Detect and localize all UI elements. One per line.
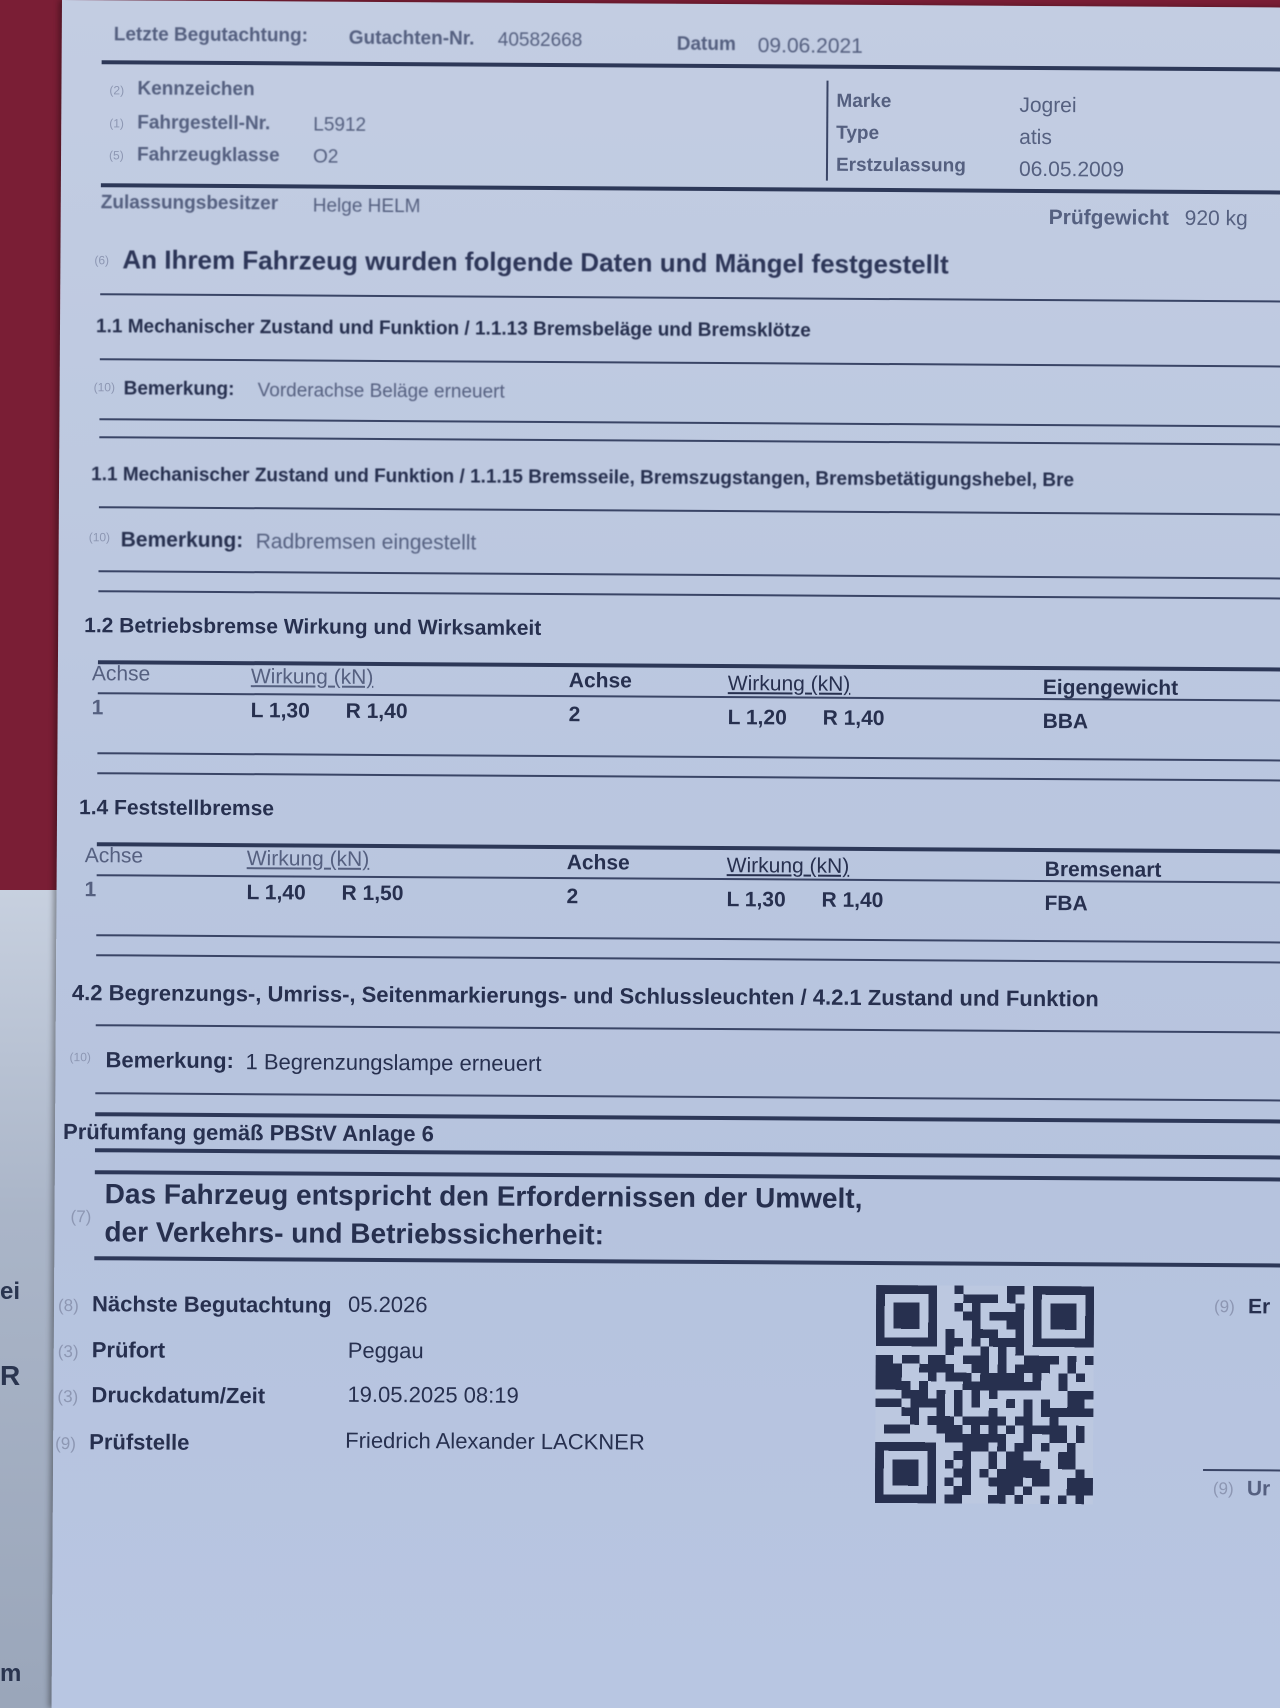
- sheet-fragment: R: [0, 1360, 20, 1392]
- chassis-label: Fahrgestell-Nr.: [137, 112, 270, 135]
- service-brake-title: 1.2 Betriebsbremse Wirkung und Wirksamke…: [84, 614, 541, 641]
- divider: [94, 1256, 1280, 1268]
- ref-note: (10): [70, 1050, 91, 1064]
- ref-note: (9): [55, 1434, 76, 1454]
- sheet-fragment: m: [0, 1660, 21, 1688]
- col-own-weight: Eigengewicht: [1043, 676, 1179, 701]
- date-label: Datum: [677, 34, 736, 56]
- row-extra: FBA: [1044, 892, 1087, 916]
- col-axle: Achse: [85, 844, 144, 868]
- divider: [100, 293, 1280, 303]
- row-left2: L 1,30: [726, 888, 785, 912]
- findings-title: An Ihrem Fahrzeug wurden folgende Daten …: [122, 244, 948, 280]
- divider: [96, 954, 1280, 964]
- test-station-value: Friedrich Alexander LACKNER: [345, 1428, 645, 1456]
- ref-note: (9): [1213, 1479, 1234, 1499]
- next-inspection-label: Nächste Begutachtung: [92, 1291, 332, 1318]
- remark-text: Radbremsen eingestellt: [256, 530, 477, 555]
- col-effect: Wirkung (kN): [727, 854, 850, 879]
- divider: [95, 1148, 1280, 1160]
- sheet-fragment: ei: [0, 1278, 20, 1306]
- col-axle: Achse: [569, 669, 632, 693]
- divider: [99, 418, 1280, 428]
- remark-label: Bemerkung:: [121, 528, 244, 553]
- divider: [99, 506, 1280, 516]
- row-right2: R 1,40: [821, 889, 883, 913]
- date: 09.06.2021: [758, 34, 863, 59]
- test-location-label: Prüfort: [92, 1337, 165, 1363]
- ref-note: (7): [71, 1207, 92, 1227]
- row-right2: R 1,40: [823, 707, 885, 731]
- signature-label-bottom: Ur: [1247, 1477, 1270, 1501]
- ref-note: (2): [109, 83, 124, 97]
- row-axle2: 2: [569, 703, 581, 727]
- print-datetime-value: 19.05.2025 08:19: [347, 1382, 518, 1409]
- col-effect: Wirkung (kN): [251, 665, 374, 690]
- row-extra: BBA: [1043, 710, 1089, 734]
- ref-note: (6): [94, 253, 109, 267]
- column-divider: [826, 81, 829, 181]
- type-label: Type: [836, 123, 879, 145]
- remark-label: Bemerkung:: [105, 1047, 234, 1074]
- divider: [96, 1024, 1280, 1034]
- inspection-report: Letzte Begutachtung: Gutachten-Nr. 40582…: [52, 0, 1280, 1708]
- test-station-label: Prüfstelle: [89, 1429, 189, 1456]
- row-right1: R 1,50: [341, 882, 403, 906]
- row-axle1: 1: [84, 878, 96, 902]
- divider: [97, 772, 1280, 782]
- row-left1: L 1,30: [251, 699, 310, 723]
- signature-label-top: Er: [1248, 1295, 1270, 1319]
- row-axle2: 2: [566, 885, 578, 909]
- ref-note: (5): [109, 148, 124, 162]
- divider: [97, 752, 1280, 762]
- divider: [102, 60, 1280, 72]
- make-value: Jogrei: [1019, 94, 1076, 118]
- test-weight-value: 920 kg: [1185, 207, 1248, 231]
- col-brake-type: Bremsenart: [1045, 858, 1162, 883]
- next-inspection-value: 05.2026: [348, 1292, 428, 1318]
- ref-note: (9): [1214, 1297, 1235, 1317]
- print-datetime-label: Druckdatum/Zeit: [91, 1382, 265, 1409]
- report-no-label: Gutachten-Nr.: [349, 28, 475, 51]
- test-weight-label: Prüfgewicht: [1049, 206, 1169, 231]
- ref-note: (3): [57, 1387, 78, 1407]
- verdict-line2: der Verkehrs- und Betriebssicherheit:: [104, 1216, 604, 1251]
- row-left1: L 1,40: [246, 881, 305, 905]
- col-axle: Achse: [567, 851, 630, 875]
- col-effect: Wirkung (kN): [728, 672, 851, 697]
- divider: [98, 590, 1280, 600]
- finding-heading: 1.1 Mechanischer Zustand und Funktion / …: [91, 464, 1074, 492]
- remark-text: 1 Begrenzungslampe erneuert: [245, 1049, 541, 1077]
- row-axle1: 1: [92, 696, 104, 720]
- divider: [100, 358, 1280, 368]
- first-registration-label: Erstzulassung: [836, 155, 966, 178]
- holder-label: Zulassungsbesitzer: [101, 192, 279, 215]
- last-inspection-label: Letzte Begutachtung:: [114, 24, 308, 47]
- divider: [96, 934, 1280, 944]
- divider: [99, 436, 1280, 446]
- holder-value: Helge HELM: [313, 196, 421, 219]
- test-location-value: Peggau: [348, 1338, 424, 1364]
- qr-code-icon: [875, 1285, 1094, 1504]
- ref-note: (10): [89, 530, 110, 544]
- verdict-line1: Das Fahrzeug entspricht den Erforderniss…: [105, 1178, 863, 1215]
- class-value: O2: [313, 147, 338, 169]
- signature-line: [1203, 1469, 1280, 1472]
- first-registration-value: 06.05.2009: [1019, 158, 1124, 183]
- col-axle: Achse: [92, 662, 151, 686]
- class-label: Fahrzeugklasse: [137, 144, 280, 167]
- report-no: 40582668: [498, 30, 583, 53]
- type-value: atis: [1019, 126, 1052, 150]
- plate-label: Kennzeichen: [137, 78, 254, 101]
- chassis-value: L5912: [313, 115, 366, 137]
- finding-heading: 1.1 Mechanischer Zustand und Funktion / …: [96, 316, 811, 342]
- inspection-scope: Prüfumfang gemäß PBStV Anlage 6: [63, 1119, 434, 1147]
- row-right1: R 1,40: [346, 700, 408, 724]
- parking-brake-title: 1.4 Feststellbremse: [79, 796, 274, 821]
- remark-text: Vorderachse Beläge erneuert: [258, 380, 505, 404]
- col-effect: Wirkung (kN): [247, 847, 370, 872]
- divider: [95, 1092, 1280, 1102]
- remark-label: Bemerkung:: [124, 378, 235, 401]
- ref-note: (1): [109, 116, 124, 130]
- divider: [99, 570, 1280, 580]
- make-label: Marke: [836, 91, 891, 113]
- ref-note: (3): [58, 1342, 79, 1362]
- ref-note: (8): [58, 1296, 79, 1316]
- lights-heading: 4.2 Begrenzungs-, Umriss-, Seitenmarkier…: [72, 980, 1099, 1012]
- row-left2: L 1,20: [728, 706, 787, 730]
- ref-note: (10): [94, 380, 115, 394]
